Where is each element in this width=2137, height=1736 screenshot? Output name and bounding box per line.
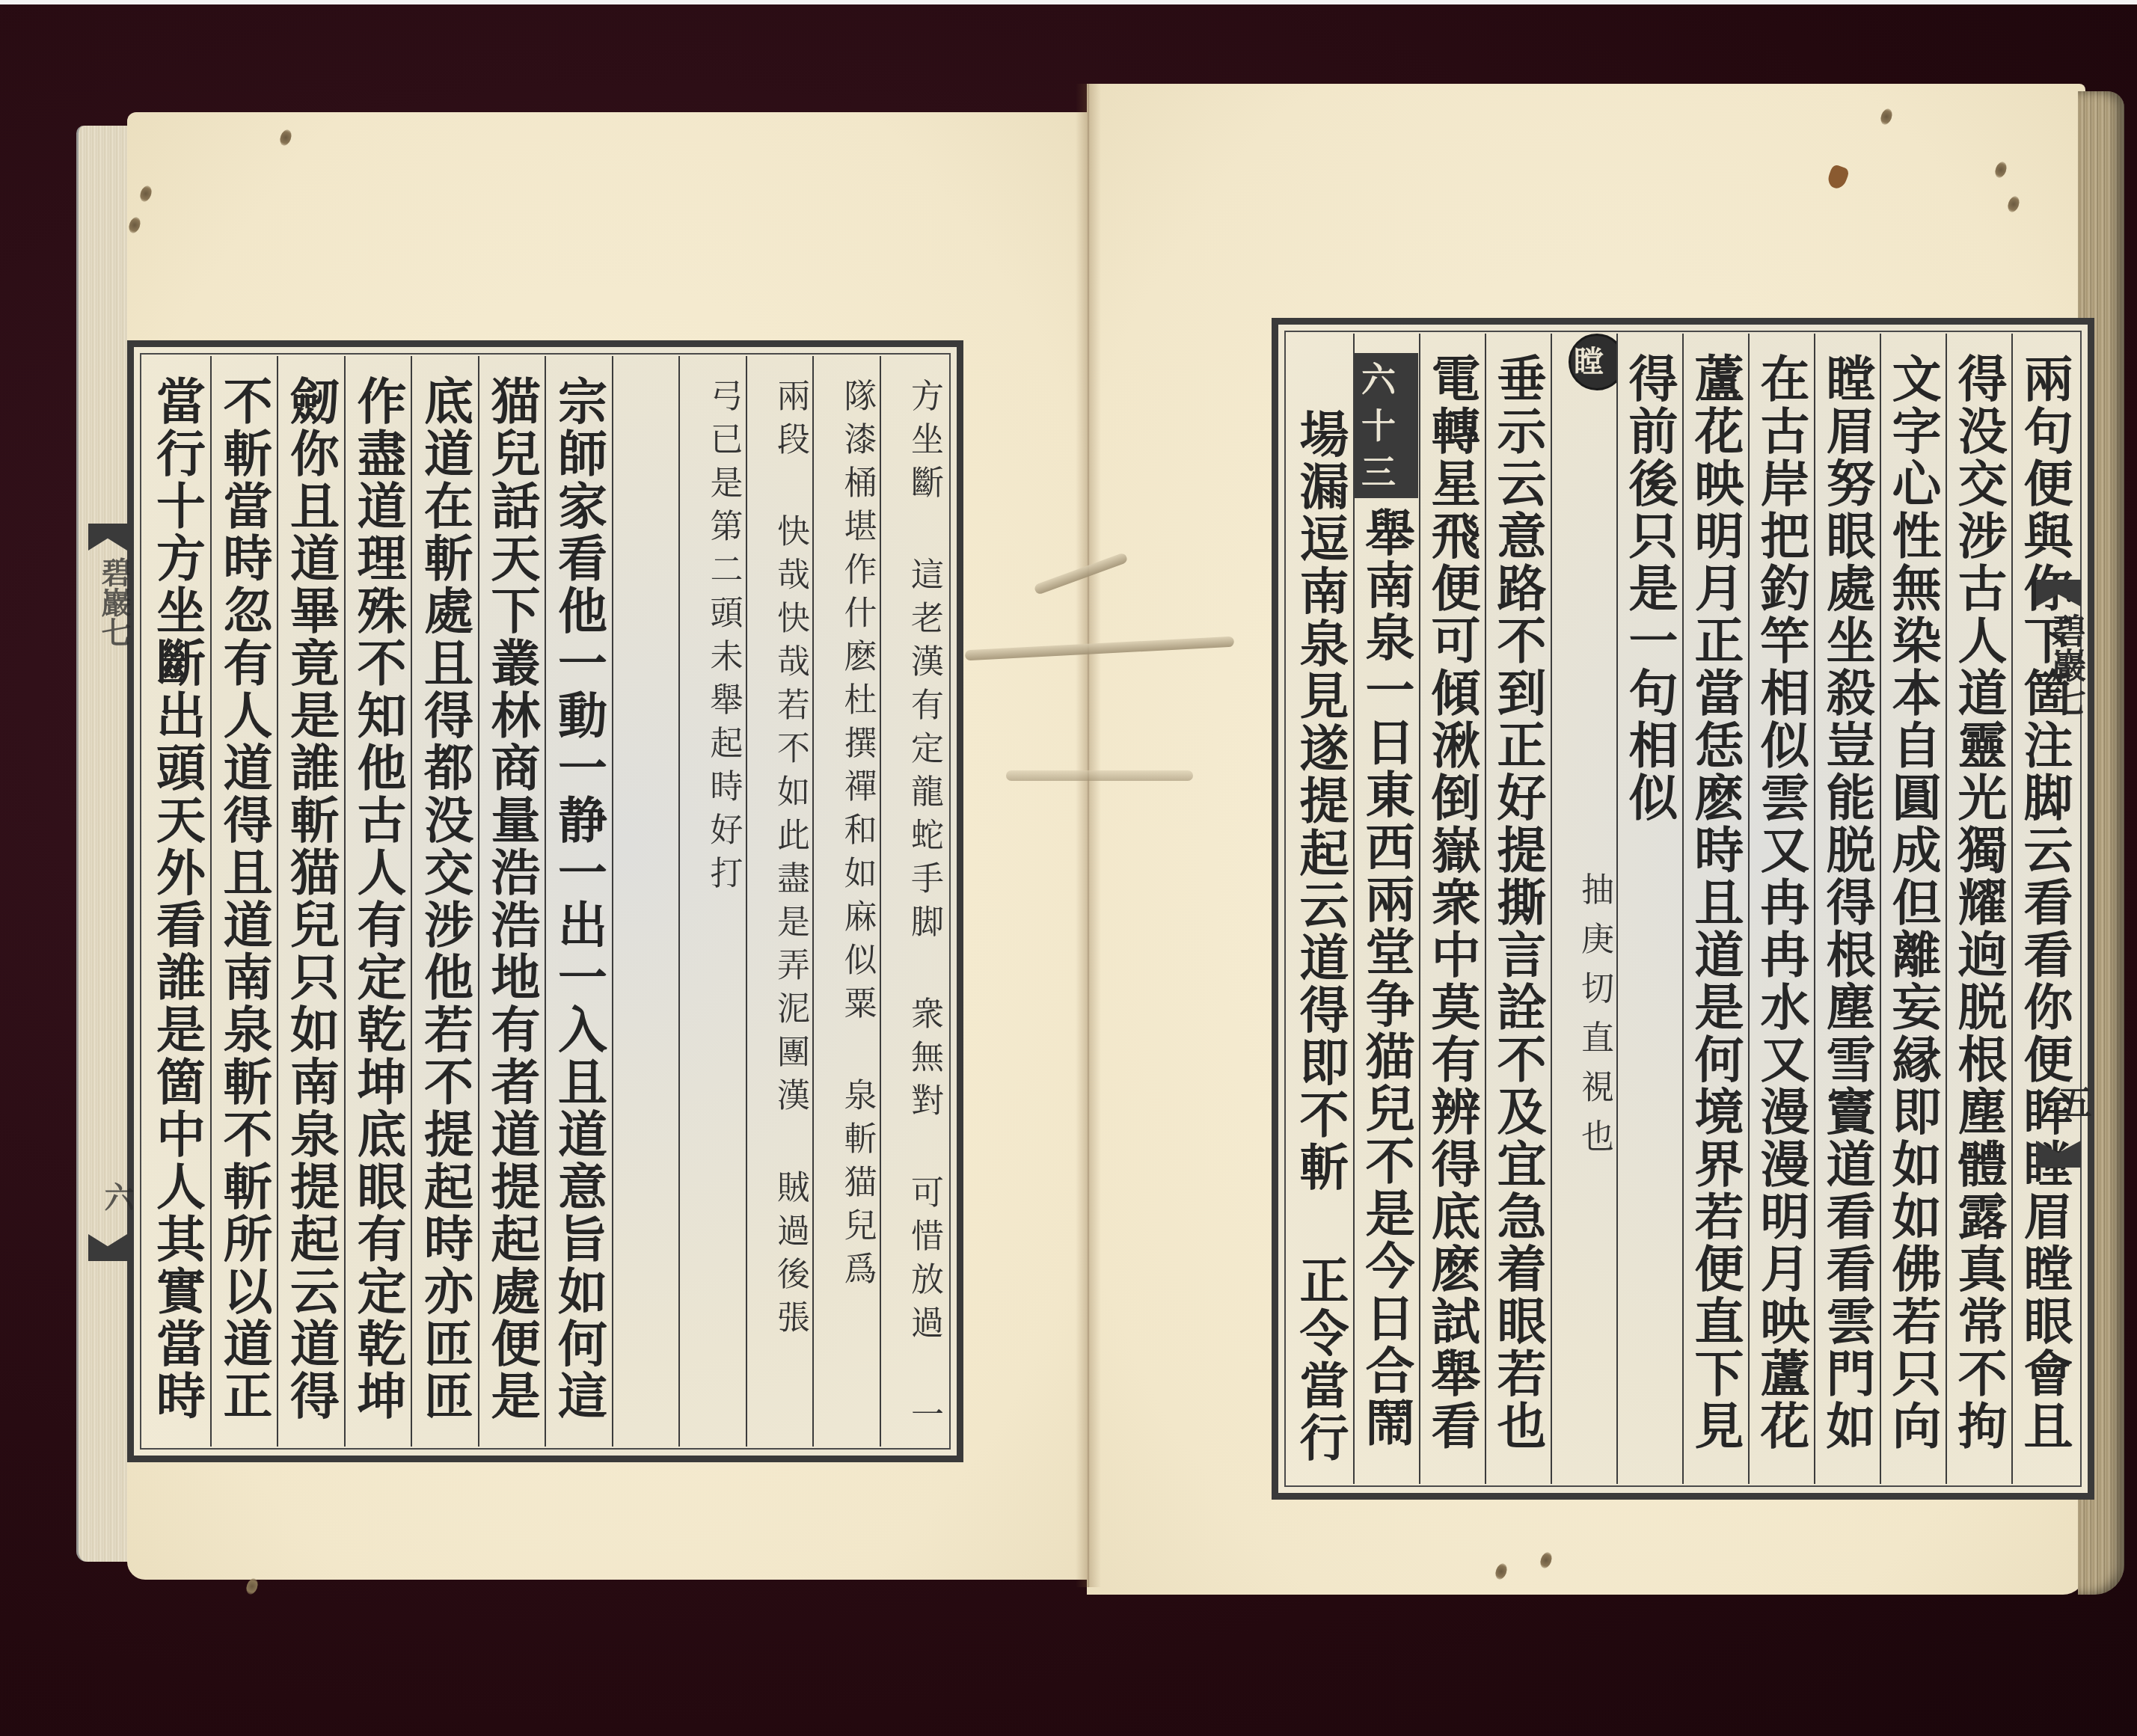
text-column: 當行十方坐斷出頭天外看誰是箇中人其實當時元 (144, 356, 210, 1447)
right-page-text-block: 兩句便與你下箇注脚云看看你便眸瞠眉瞠眼會且 得没交涉古人道靈光獨耀逈脱根塵體露真… (1272, 318, 2094, 1500)
text-column: 在古岸把釣竿相似雲又冉冉水又漫漫明月映蘆花 (1748, 334, 1814, 1484)
fore-edge-title-text: 碧巖 (96, 557, 132, 617)
text-column: 得没交涉古人道靈光獨耀逈脱根塵體露真常不拘 (1946, 334, 2011, 1484)
column-text: 蘆花映明月正當恁麽時且道是何境界若便直下見 (1686, 353, 1744, 1453)
fore-edge-folio: 六 (96, 1182, 138, 1212)
column-text: 垂示云意路不到正好提撕言詮不及宜急着眼若也 (1488, 353, 1547, 1453)
column-text: 兩句便與你下箇注脚云看看你便眸瞠眉瞠眼會且 (2015, 353, 2073, 1453)
case-number-badge: 六十三 (1354, 353, 1418, 498)
column-text: 在古岸把釣竿相似雲又冉冉水又漫漫明月映蘆花 (1752, 353, 1810, 1453)
left-page-columns: 方坐斷 這老漢有定龍蛇手脚 衆無對 可惜放過 一 隊漆桶堪作什麽杜撰禪和如麻似粟… (144, 356, 946, 1447)
commentary-column: 兩段 快哉快哉若不如此盡是弄泥團漢 賊過後張 (746, 356, 813, 1447)
commentary-column: 隊漆桶堪作什麽杜撰禪和如麻似粟 泉斬猫兒爲 (812, 356, 880, 1447)
column-text: 場漏逗南泉見遂提起云道得即不斬 正令當行 十 (1289, 408, 1349, 1464)
fore-edge-volume: 七 (2046, 682, 2087, 717)
text-column: 不斬當時忽有人道得且道南泉斬不斬所以道正令 (210, 356, 278, 1447)
column-text: 得前後只是一句相似 (1620, 353, 1678, 824)
column-text: 猫兒話天下叢林商量浩浩地有者道提起處便是有 (478, 375, 542, 1423)
text-column: 六十三舉南泉一日東西兩堂争猫兒不是今日合鬧也一 (1353, 334, 1419, 1484)
column-text: 隊漆桶堪作什麽杜撰禪和如麻似粟 泉斬猫兒爲 (838, 378, 877, 1295)
text-column: 得前後只是一句相似 (1616, 334, 1682, 1484)
column-text: 舉南泉一日東西兩堂争猫兒不是今日合鬧也一 (1353, 353, 1415, 1450)
column-text: 不斬當時忽有人道得且道南泉斬不斬所以道正令 (210, 375, 274, 1423)
folio-number: 六 (99, 1182, 135, 1212)
left-page-text-block: 方坐斷 這老漢有定龍蛇手脚 衆無對 可惜放過 一 隊漆桶堪作什麽杜撰禪和如麻似粟… (127, 340, 963, 1462)
column-text: 作盡道理殊不知他古人有定乾坤底眼有定乾坤底 (344, 375, 408, 1423)
blank-column (612, 356, 679, 1447)
text-column: 蘆花映明月正當恁麽時且道是何境界若便直下見 (1682, 334, 1748, 1484)
text-column: 兩句便與你下箇注脚云看看你便眸瞠眉瞠眼會且 (2011, 334, 2077, 1484)
column-text: 方坐斷 這老漢有定龍蛇手脚 衆無對 可惜放過 一 (905, 378, 943, 1441)
text-column: 垂示云意路不到正好提撕言詮不及宜急着眼若也 (1485, 334, 1551, 1484)
annotation-column: 瞠 抽庚切直視也 (1551, 334, 1616, 1484)
column-text: 宗師家看他一動一静一出一入且道意旨如何這斬 (545, 375, 608, 1423)
wormhole (245, 1577, 260, 1595)
commentary-column: 弓已是第二頭未舉起時好打 (678, 356, 746, 1447)
column-text: 當行十方坐斷出頭天外看誰是箇中人其實當時元 (144, 375, 206, 1423)
commentary-column: 方坐斷 這老漢有定龍蛇手脚 衆無對 可惜放過 一 (880, 356, 947, 1447)
scan-top-border (0, 0, 2137, 4)
book-gutter (1076, 84, 1101, 1587)
column-text: 瞠眉努眼處坐殺豈能脱得根塵雪竇道看看雲門如 (1818, 353, 1876, 1453)
fore-edge-title: 碧巖七 (2042, 613, 2091, 717)
text-column: 宗師家看他一動一静一出一入且道意旨如何這斬 (545, 356, 612, 1447)
binding-thread-stain (1006, 770, 1193, 781)
text-column: 瞠眉努眼處坐殺豈能脱得根塵雪竇道看看雲門如 (1814, 334, 1880, 1484)
text-column: 電轉星飛便可傾湫倒嶽衆中莫有辨得底麽試舉看 (1419, 334, 1485, 1484)
annotation-circle-mark: 瞠 (1569, 334, 1616, 390)
fore-edge-title: 碧巖七 (93, 557, 135, 647)
text-column: 猫兒話天下叢林商量浩浩地有者道提起處便是有 (478, 356, 545, 1447)
annotation-gloss: 抽庚切直視也 (1572, 872, 1616, 1484)
text-column: 文字心性無染本自圓成但離妄縁即如如佛若只向 (1880, 334, 1946, 1484)
fore-edge-folio: 五 (2048, 1085, 2097, 1119)
folio-number: 五 (2052, 1085, 2093, 1119)
column-text: 兩段 快哉快哉若不如此盡是弄泥團漢 賊過後張 (771, 378, 809, 1343)
text-column: 場漏逗南泉見遂提起云道得即不斬 正令當行 十 (1289, 334, 1353, 1484)
column-text: 弓已是第二頭未舉起時好打 (705, 378, 743, 899)
fore-edge-title-text: 碧巖 (2046, 613, 2087, 682)
column-text: 底道在斬處且得都没交涉他若不提起時亦匝匝地 (411, 375, 474, 1423)
column-text: 文字心性無染本自圓成但離妄縁即如如佛若只向 (1883, 353, 1942, 1453)
text-column: 底道在斬處且得都没交涉他若不提起時亦匝匝地 (411, 356, 478, 1447)
text-column: 作盡道理殊不知他古人有定乾坤底眼有定乾坤底 (344, 356, 411, 1447)
fore-edge-volume: 七 (96, 617, 132, 647)
column-text: 得没交涉古人道靈光獨耀逈脱根塵體露真常不拘 (1949, 353, 2008, 1453)
column-text: 電轉星飛便可傾湫倒嶽衆中莫有辨得底麽試舉看 (1423, 353, 1481, 1453)
text-column: 劒你且道畢竟是誰斬猫兒只如南泉提起云道得即 (277, 356, 344, 1447)
column-text: 劒你且道畢竟是誰斬猫兒只如南泉提起云道得即 (277, 375, 340, 1423)
right-page-columns: 兩句便與你下箇注脚云看看你便眸瞠眉瞠眼會且 得没交涉古人道靈光獨耀逈脱根塵體露真… (1289, 334, 2077, 1484)
